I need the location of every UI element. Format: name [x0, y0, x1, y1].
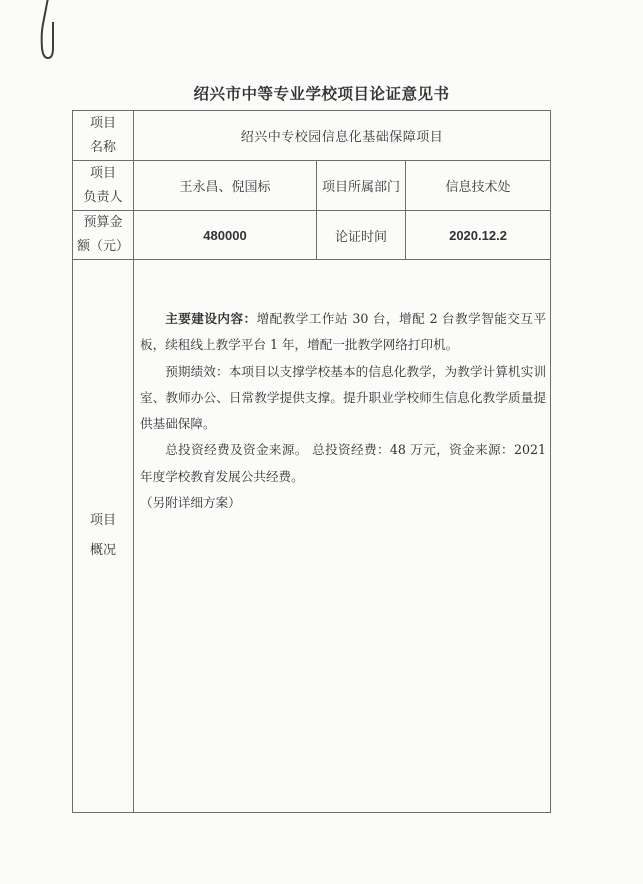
budget-label: 预算金 额（元）	[73, 211, 134, 260]
row-project-name: 项目 名称 绍兴中专校园信息化基础保障项目	[73, 111, 551, 161]
project-name-value: 绍兴中专校园信息化基础保障项目	[134, 111, 551, 161]
label-line: 项目	[73, 506, 133, 536]
overview-construction: 主要建设内容：增配教学工作站 30 台，增配 2 台教学智能交互平板，续租线上教…	[140, 306, 546, 359]
overview-funding: 总投资经费及资金来源。 总投资经费：48 万元，资金来源：2021 年度学校教育…	[140, 437, 546, 490]
review-form-table: 项目 名称 绍兴中专校园信息化基础保障项目 项目 负责人 王永昌、倪国标 项目所…	[72, 110, 551, 813]
funding-lead: 总投资经费及资金来源。	[165, 442, 308, 457]
label-line: 预算金	[73, 211, 133, 235]
label-line: 额（元）	[73, 235, 133, 259]
department-value: 信息技术处	[406, 161, 551, 211]
document-title: 绍兴市中等专业学校项目论证意见书	[0, 82, 643, 104]
leader-label: 项目 负责人	[73, 161, 134, 211]
overview-content: 主要建设内容：增配教学工作站 30 台，增配 2 台教学智能交互平板，续租线上教…	[134, 260, 551, 813]
row-budget: 预算金 额（元） 480000 论证时间 2020.12.2	[73, 211, 551, 260]
label-line: 概况	[73, 536, 133, 566]
review-date-value: 2020.12.2	[406, 211, 551, 260]
overview-performance: 预期绩效：本项目以支撑学校基本的信息化教学，为教学计算机实训室、教师办公、日常教…	[140, 359, 546, 438]
construction-lead: 主要建设内容：	[165, 311, 256, 326]
label-line: 项目	[73, 112, 133, 136]
row-leader: 项目 负责人 王永昌、倪国标 项目所属部门 信息技术处	[73, 161, 551, 211]
label-line: 项目	[73, 162, 133, 186]
project-name-label: 项目 名称	[73, 111, 134, 161]
leader-value: 王永昌、倪国标	[134, 161, 317, 211]
overview-label: 项目 概况	[73, 260, 134, 813]
row-overview: 项目 概况 主要建设内容：增配教学工作站 30 台，增配 2 台教学智能交互平板…	[73, 260, 551, 813]
overview-attachment-note: （另附详细方案）	[140, 490, 546, 516]
label-line: 名称	[73, 136, 133, 160]
review-date-label: 论证时间	[317, 211, 406, 260]
department-label: 项目所属部门	[317, 161, 406, 211]
label-line: 负责人	[73, 186, 133, 210]
budget-value: 480000	[134, 211, 317, 260]
performance-lead: 预期绩效：	[165, 364, 229, 379]
paperclip-icon	[34, 0, 56, 64]
